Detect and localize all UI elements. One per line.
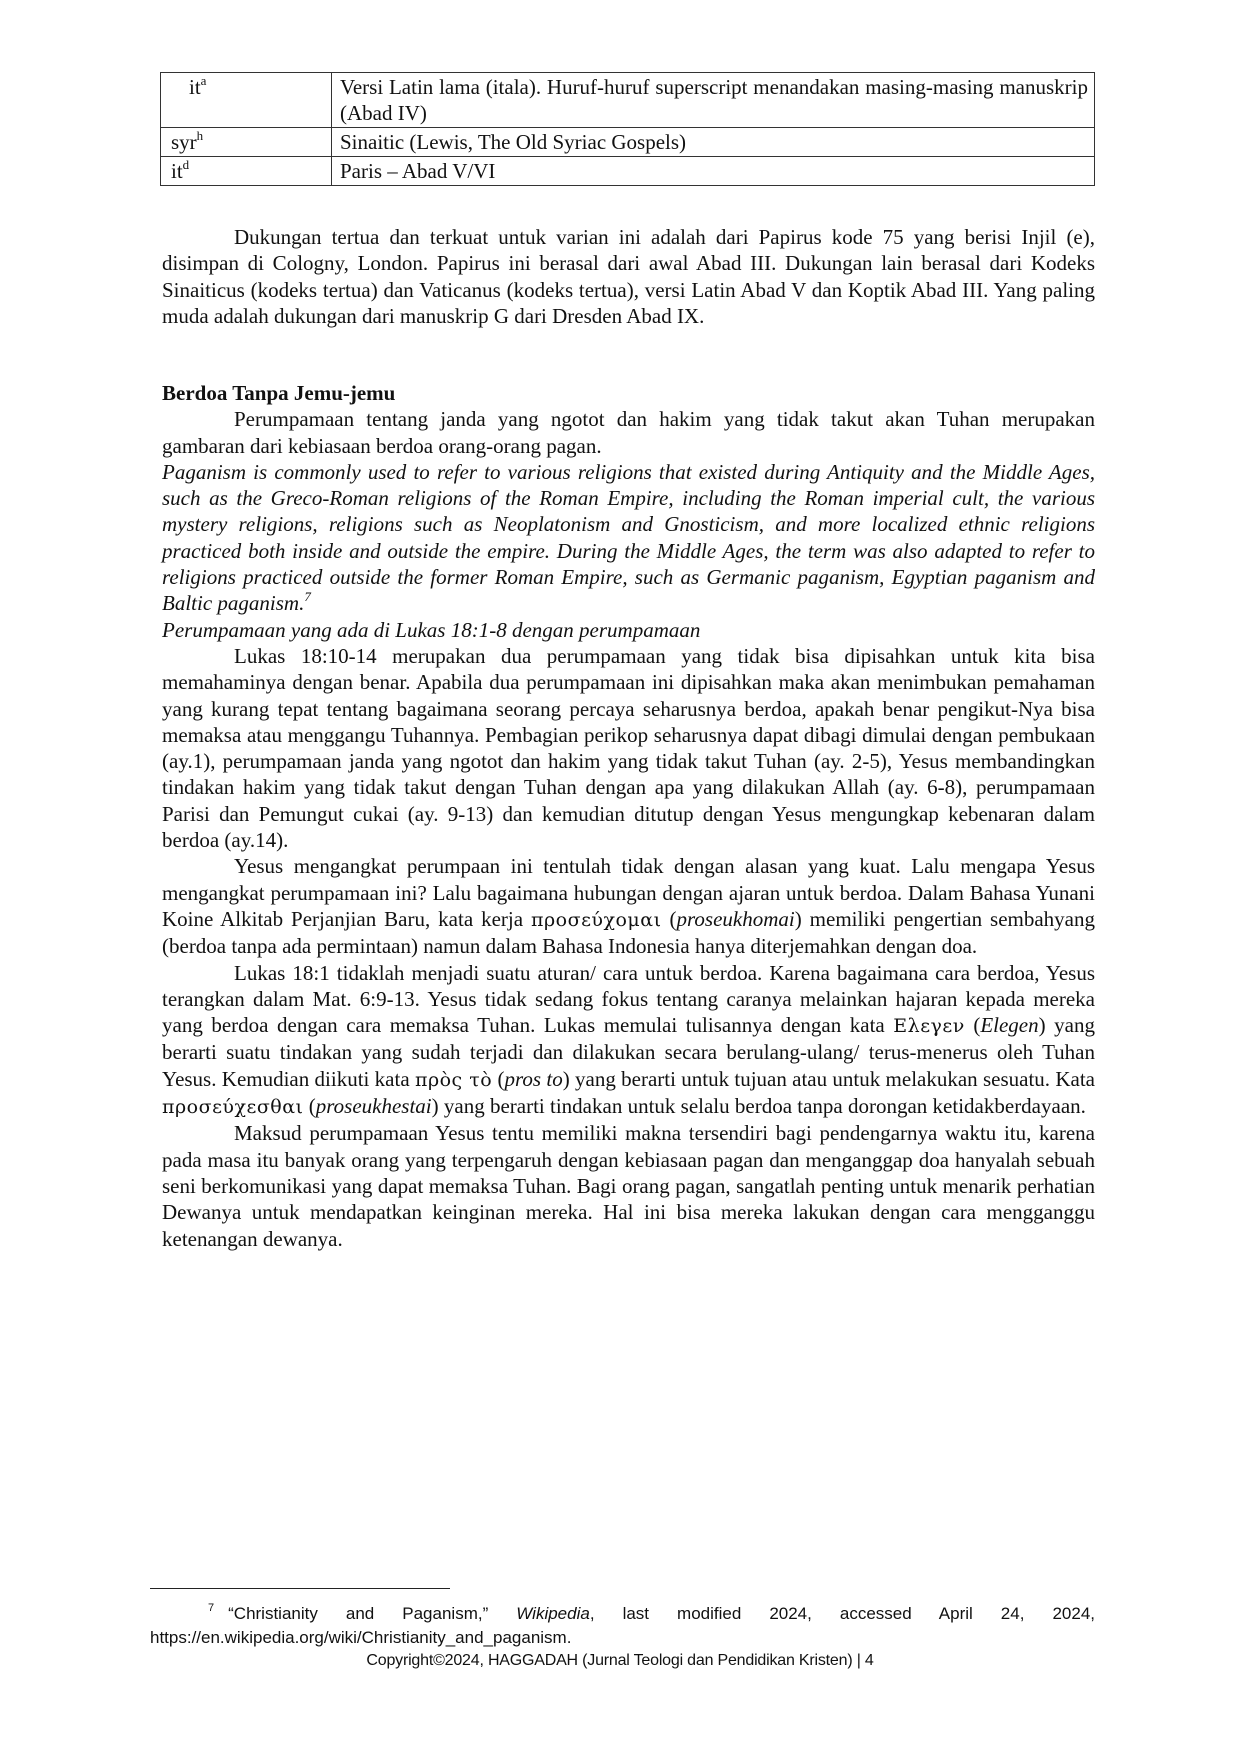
table-row: ita Versi Latin lama (itala). Huruf-huru… bbox=[161, 73, 1095, 128]
greek-term: Ελεγεν bbox=[893, 1015, 965, 1037]
manuscript-code: ita bbox=[161, 73, 332, 128]
support-paragraph-block: Dukungan tertua dan terkuat untuk varian… bbox=[162, 224, 1095, 329]
page-footer: Copyright©2024, HAGGADAH (Jurnal Teologi… bbox=[0, 1651, 1240, 1671]
footnote-separator bbox=[150, 1588, 450, 1589]
block-quote: Paganism is commonly used to refer to va… bbox=[162, 459, 1095, 617]
footnote-source: Wikipedia bbox=[516, 1604, 590, 1623]
paragraph-maksud: Maksud perumpamaan Yesus tentu memiliki … bbox=[162, 1120, 1095, 1251]
intro-paragraph: Perumpamaan tentang janda yang ngotot da… bbox=[162, 406, 1095, 459]
greek-term: προσεύχεσθαι bbox=[162, 1096, 304, 1118]
table-row: syrh Sinaitic (Lewis, The Old Syriac Gos… bbox=[161, 128, 1095, 157]
support-paragraph: Dukungan tertua dan terkuat untuk varian… bbox=[162, 224, 1095, 329]
table-row: itd Paris – Abad V/VI bbox=[161, 157, 1095, 186]
transliteration: Elegen bbox=[980, 1013, 1038, 1037]
section-heading: Berdoa Tanpa Jemu-jemu bbox=[162, 380, 1095, 406]
document-page: ita Versi Latin lama (itala). Huruf-huru… bbox=[0, 0, 1240, 1754]
manuscript-code: itd bbox=[161, 157, 332, 186]
footnote-ref[interactable]: 7 bbox=[304, 589, 311, 604]
paragraph-yesus: Yesus mengangkat perumpaan ini tentulah … bbox=[162, 853, 1095, 959]
footnote-url[interactable]: https://en.wikipedia.org/wiki/Christiani… bbox=[150, 1628, 571, 1647]
quote-subline: Perumpamaan yang ada di Lukas 18:1-8 den… bbox=[162, 617, 1095, 643]
manuscript-description: Sinaitic (Lewis, The Old Syriac Gospels) bbox=[332, 128, 1095, 157]
greek-term: πρὸς τὸ bbox=[415, 1069, 492, 1091]
transliteration: proseukhestai bbox=[316, 1094, 432, 1118]
greek-term: προσεύχομαι bbox=[531, 909, 662, 931]
footnote-number: 7 bbox=[208, 1602, 214, 1614]
footnote: 7“Christianity and Paganism,” Wikipedia,… bbox=[150, 1602, 1095, 1650]
paragraph-lukas-18-1: Lukas 18:1 tidaklah menjadi suatu aturan… bbox=[162, 960, 1095, 1121]
transliteration: pros to bbox=[505, 1067, 563, 1091]
manuscript-code: syrh bbox=[161, 128, 332, 157]
copyright-text: Copyright©2024, HAGGADAH (Jurnal Teologi… bbox=[366, 1652, 873, 1669]
transliteration: proseukhomai bbox=[677, 907, 795, 931]
section-berdoa: Berdoa Tanpa Jemu-jemu Perumpamaan tenta… bbox=[162, 380, 1095, 1252]
paragraph-lukas-18-10: Lukas 18:10-14 merupakan dua perumpamaan… bbox=[162, 643, 1095, 853]
footnote-line: 7“Christianity and Paganism,” Wikipedia,… bbox=[150, 1602, 1095, 1626]
manuscript-description: Versi Latin lama (itala). Huruf-huruf su… bbox=[332, 73, 1095, 128]
manuscript-description: Paris – Abad V/VI bbox=[332, 157, 1095, 186]
manuscript-table: ita Versi Latin lama (itala). Huruf-huru… bbox=[160, 72, 1095, 186]
